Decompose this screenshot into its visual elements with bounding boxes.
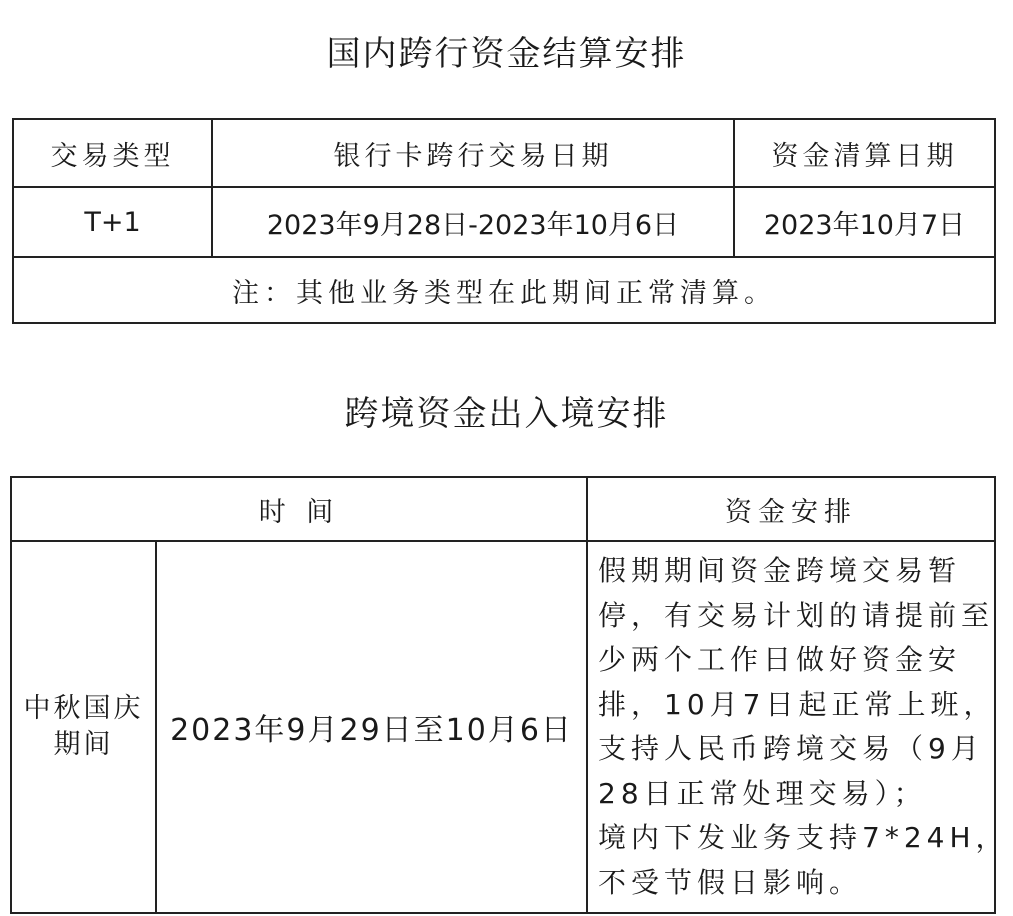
arrangement-line: 支持人民币跨境交易（9月 [598, 727, 984, 772]
cross-border-table: 时 间 资金安排 中秋国庆 期间 2023年9月29日至10月6日 假期期间资金… [10, 476, 996, 914]
domestic-settlement-table: 交易类型 银行卡跨行交易日期 资金清算日期 T+1 2023年9月28日-202… [12, 118, 996, 324]
cross-border-title: 跨境资金出入境安排 [0, 386, 1013, 435]
cell-clearing-date: 2023年10月7日 [734, 187, 995, 257]
table-note-row: 注：其他业务类型在此期间正常清算。 [13, 257, 995, 323]
cell-transaction-type: T+1 [13, 187, 212, 257]
period-label-line: 期间 [12, 727, 155, 763]
header-arrangement: 资金安排 [587, 477, 995, 541]
table-row: T+1 2023年9月28日-2023年10月6日 2023年10月7日 [13, 187, 995, 257]
domestic-settlement-title: 国内跨行资金结算安排 [0, 26, 1013, 75]
header-transaction-type: 交易类型 [13, 119, 212, 187]
header-time: 时 间 [11, 477, 587, 541]
table-row: 中秋国庆 期间 2023年9月29日至10月6日 假期期间资金跨境交易暂 停，有… [11, 541, 995, 913]
cell-date-range: 2023年9月29日至10月6日 [156, 541, 587, 913]
table-header-row: 时 间 资金安排 [11, 477, 995, 541]
table-header-row: 交易类型 银行卡跨行交易日期 资金清算日期 [13, 119, 995, 187]
arrangement-line: 少两个工作日做好资金安 [598, 638, 984, 683]
arrangement-line: 不受节假日影响。 [598, 861, 984, 906]
note-text: 注：其他业务类型在此期间正常清算。 [13, 257, 995, 323]
arrangement-line: 排，10月7日起正常上班， [598, 683, 984, 728]
period-label-line: 中秋国庆 [12, 691, 155, 727]
arrangement-line: 停，有交易计划的请提前至 [598, 594, 984, 639]
cell-period-label: 中秋国庆 期间 [11, 541, 156, 913]
arrangement-line: 28日正常处理交易）； [598, 772, 984, 817]
cell-card-transaction-date: 2023年9月28日-2023年10月6日 [212, 187, 734, 257]
arrangement-line: 境内下发业务支持7*24H， [598, 816, 984, 861]
arrangement-line: 假期期间资金跨境交易暂 [598, 549, 984, 594]
cell-arrangement: 假期期间资金跨境交易暂 停，有交易计划的请提前至 少两个工作日做好资金安 排，1… [587, 541, 995, 913]
header-clearing-date: 资金清算日期 [734, 119, 995, 187]
header-card-transaction-date: 银行卡跨行交易日期 [212, 119, 734, 187]
